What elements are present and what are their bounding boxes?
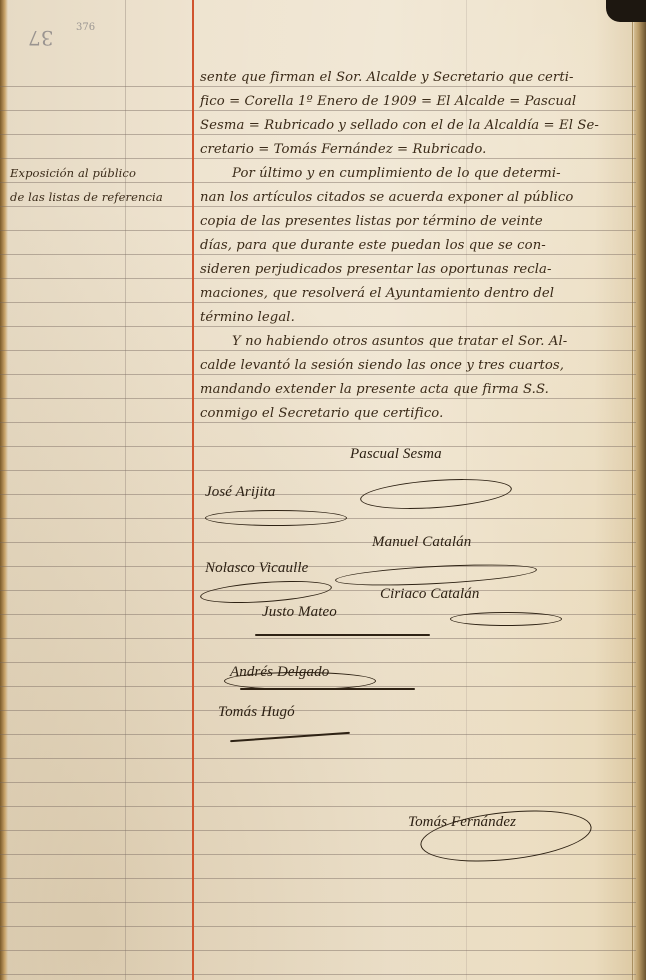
body-line: Sesma = Rubricado y sellado con el de la… xyxy=(200,118,599,133)
signature-flourish xyxy=(418,803,594,869)
signature-flourish xyxy=(450,612,562,626)
ruled-line xyxy=(0,326,636,327)
ruled-line xyxy=(0,350,636,351)
ruled-line xyxy=(0,374,636,375)
ruled-line xyxy=(0,470,636,471)
body-line: calde levantó la sesión siendo las once … xyxy=(200,358,564,373)
signature-flourish xyxy=(335,561,538,590)
ruled-line xyxy=(0,278,636,279)
page-number-small: 376 xyxy=(76,22,95,33)
margin-note-line-1: Exposición al público xyxy=(10,166,136,180)
body-line: días, para que durante este puedan los q… xyxy=(200,238,546,253)
ruled-line xyxy=(0,254,636,255)
red-margin-line xyxy=(192,0,194,980)
ruled-line xyxy=(0,974,636,975)
ruled-line xyxy=(0,926,636,927)
ruled-line xyxy=(0,398,636,399)
ruled-line xyxy=(0,638,636,639)
body-line: fico = Corella 1º Enero de 1909 = El Alc… xyxy=(200,94,576,109)
ruled-line xyxy=(0,806,636,807)
body-line: sente que firman el Sor. Alcalde y Secre… xyxy=(200,70,574,85)
ruled-line xyxy=(0,758,636,759)
body-line: copia de las presentes listas por términ… xyxy=(200,214,543,229)
book-gutter xyxy=(634,18,646,980)
body-line: sideren perjudicados presentar las oport… xyxy=(200,262,552,277)
ruled-line xyxy=(0,134,636,135)
body-line: nan los artículos citados se acuerda exp… xyxy=(200,190,573,205)
signature-flourish xyxy=(359,475,513,514)
ruled-line xyxy=(0,902,636,903)
body-line: mandando extender la presente acta que f… xyxy=(200,382,549,397)
ruled-line xyxy=(0,230,636,231)
signature: Justo Mateo xyxy=(262,604,337,621)
ruled-line xyxy=(0,494,636,495)
margin-column-line xyxy=(125,0,126,980)
body-line: maciones, que resolverá el Ayuntamiento … xyxy=(200,286,554,301)
page-left-edge xyxy=(0,0,8,980)
ruled-line xyxy=(0,710,636,711)
ruled-line xyxy=(0,782,636,783)
ruled-line xyxy=(0,110,636,111)
signature-underline xyxy=(255,634,430,636)
ruled-line xyxy=(0,446,636,447)
ruled-line xyxy=(0,566,636,567)
ruled-line xyxy=(0,878,636,879)
page-number-stamp: 37 xyxy=(28,26,53,50)
body-line: término legal. xyxy=(200,310,295,325)
signature: Ciriaco Catalán xyxy=(380,586,479,603)
ruled-line xyxy=(0,182,636,183)
ruled-line xyxy=(0,542,636,543)
body-line: conmigo el Secretario que certifico. xyxy=(200,406,443,421)
signature-flourish xyxy=(199,577,332,606)
signature-flourish xyxy=(205,510,347,526)
ruled-line xyxy=(0,206,636,207)
body-line: cretario = Tomás Fernández = Rubricado. xyxy=(200,142,486,157)
signature-underline xyxy=(240,688,415,690)
ledger-page: 37 376 Exposición al público de las list… xyxy=(0,0,646,980)
gutter-line xyxy=(632,20,633,980)
dark-corner xyxy=(606,0,646,22)
ruled-line xyxy=(0,662,636,663)
ruled-line xyxy=(0,422,636,423)
ruled-line xyxy=(0,950,636,951)
signature: Manuel Catalán xyxy=(372,534,471,551)
ruled-line xyxy=(0,158,636,159)
signature: José Arijita xyxy=(205,484,276,501)
signature: Pascual Sesma xyxy=(350,446,442,463)
body-line: Y no habiendo otros asuntos que tratar e… xyxy=(232,334,567,349)
ruled-line xyxy=(0,86,636,87)
ruled-line xyxy=(0,302,636,303)
margin-note-line-2: de las listas de referencia xyxy=(10,190,163,204)
body-line: Por último y en cumplimiento de lo que d… xyxy=(232,166,561,181)
signature: Tomás Hugó xyxy=(218,704,295,721)
signature: Nolasco Vicaulle xyxy=(205,560,308,577)
